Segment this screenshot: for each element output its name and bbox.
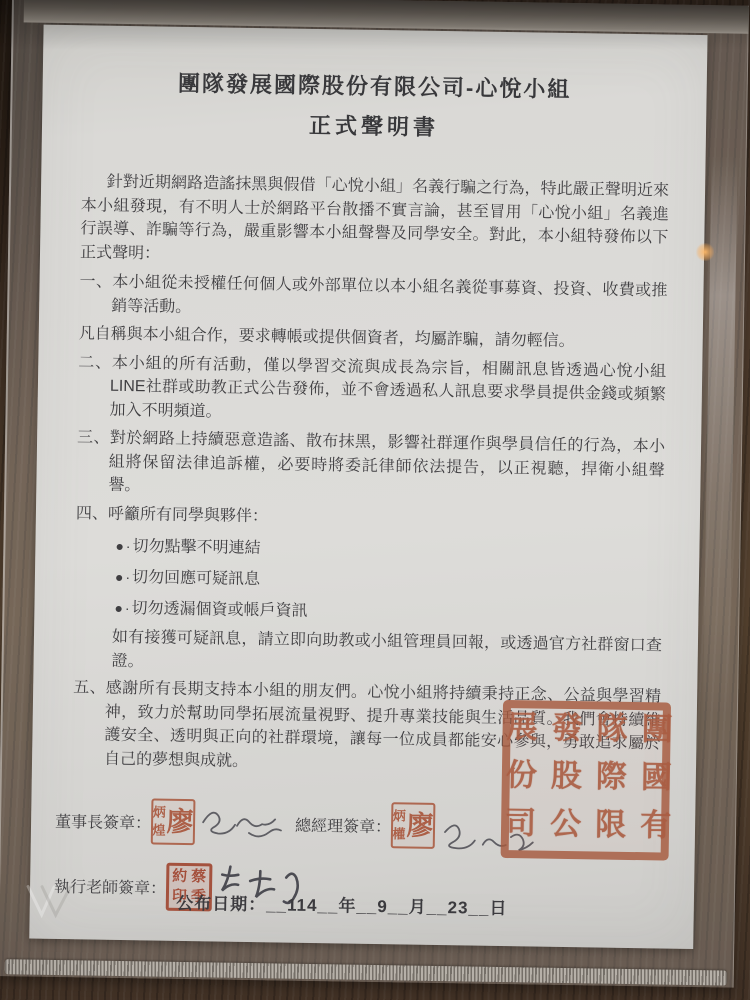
bullet-text: 切勿點擊不明連結 — [132, 538, 260, 557]
statement-item-1-note: 凡自稱與本小組合作，要求轉帳或提供個資者，均屬詐騙，請勿輕信。 — [79, 322, 667, 355]
seal-main-char: 廖 — [406, 805, 434, 845]
seal-column-left: 有限公司 — [495, 806, 676, 851]
seal-char: 約 — [170, 867, 189, 887]
statement-item-2: 二、本小組的所有活動，僅以學習交流與成長為宗旨，相關訊息皆透過心悅小組LINE社… — [77, 351, 666, 431]
bullet-dot-icon: ●· — [114, 600, 131, 616]
seal-main-char: 廖 — [166, 802, 194, 842]
seal-column-mid: 國際股份 — [495, 758, 676, 803]
item-number: 一、 — [79, 273, 112, 291]
paper-sheet: 團隊發展國際股份有限公司-心悅小組 正式聲明書 針對近期網路造謠抹黑與假借「心悅… — [29, 25, 707, 949]
item-text: 本小組的所有活動，僅以學習交流與成長為宗旨，相關訊息皆透過心悅小組LINE社群或… — [109, 354, 666, 420]
seal-column-right: 團隊發展 — [496, 710, 677, 755]
bullet-note: 如有接獲可疑訊息，請立即向助教或小組管理員回報，或透過官方社群窗口查證。 — [73, 625, 662, 681]
warning-bullet-list: ●·切勿點擊不明連結 ●·切勿回應可疑訊息 ●·切勿透漏個資或帳戶資訊 — [74, 530, 663, 632]
bullet-text: 切勿透漏個資或帳戶資訊 — [131, 600, 307, 620]
item-number: 四、 — [76, 505, 108, 523]
intro-paragraph: 針對近期網路造謠抹黑與假借「心悅小組」名義行騙之行為，特此嚴正聲明近來本小組發現… — [80, 170, 669, 273]
item-number: 二、 — [78, 354, 112, 372]
manager-name-seal: 炳權 廖 — [391, 802, 436, 849]
item-text: 對於網路上持續惡意造謠、散布抹黑，影響社群運作與學員信任的行為，本小組將保留法律… — [108, 430, 665, 494]
company-seal-text: 團隊發展 國際股份 有限公司 — [495, 710, 677, 851]
seal-side-chars: 炳煌 — [152, 803, 166, 841]
item-text: 本小組從未授權任何個人或外部單位以本小組名義從事募資、投資、收費或推銷等活動。 — [111, 274, 668, 316]
chairman-signature-label: 董事長簽章： — [55, 808, 151, 833]
sleeve-serrated-edge — [5, 959, 727, 985]
manager-signature-label: 總經理簽章： — [295, 812, 391, 837]
statement-item-3: 三、對於網路上持續惡意造謠、散布抹黑，影響社群運作與學員信任的行為，本小組將保留… — [76, 426, 665, 506]
signature-row-1: 董事長簽章： 炳煌 廖 總經理簽章： 炳權 廖 — [55, 794, 550, 854]
glare-highlight — [703, 155, 738, 715]
statement-body: 針對近期網路造謠抹黑與假借「心悅小組」名義行騙之行為，特此嚴正聲明近來本小組發現… — [72, 170, 669, 779]
statement-item-4: 四、呼籲所有同學與夥伴： — [76, 502, 664, 535]
bullet-dot-icon: ●· — [115, 538, 132, 554]
item-number: 三、 — [77, 429, 110, 447]
item-text: 呼籲所有同學與夥伴： — [108, 505, 268, 525]
item-text: 凡自稱與本小組合作，要求轉帳或提供個資者，均屬詐騙，請勿輕信。 — [79, 325, 575, 350]
plastic-sleeve: 團隊發展國際股份有限公司-心悅小組 正式聲明書 針對近期網路造謠抹黑與假借「心悅… — [0, 0, 749, 988]
statement-item-1: 一、本小組從未授權任何個人或外部單位以本小組名義從事募資、投資、收費或推銷等活動… — [79, 270, 668, 326]
statement-title: 正式聲明書 — [42, 105, 706, 146]
seal-side-chars: 炳權 — [392, 807, 406, 845]
bullet-dot-icon: ●· — [115, 569, 132, 585]
chairman-name-seal: 炳煌 廖 — [151, 798, 196, 845]
seal-char: 蔡 — [189, 867, 208, 887]
company-seal: 團隊發展 國際股份 有限公司 — [501, 700, 671, 861]
item-number: 五、 — [73, 679, 106, 697]
photo-of-document: { "scene": { "surface": "wood-desk", "co… — [0, 0, 750, 1000]
chairman-handwritten-signature-icon — [197, 798, 294, 848]
bullet-text: 切勿回應可疑訊息 — [132, 569, 260, 588]
company-title: 團隊發展國際股份有限公司-心悅小組 — [42, 65, 706, 106]
